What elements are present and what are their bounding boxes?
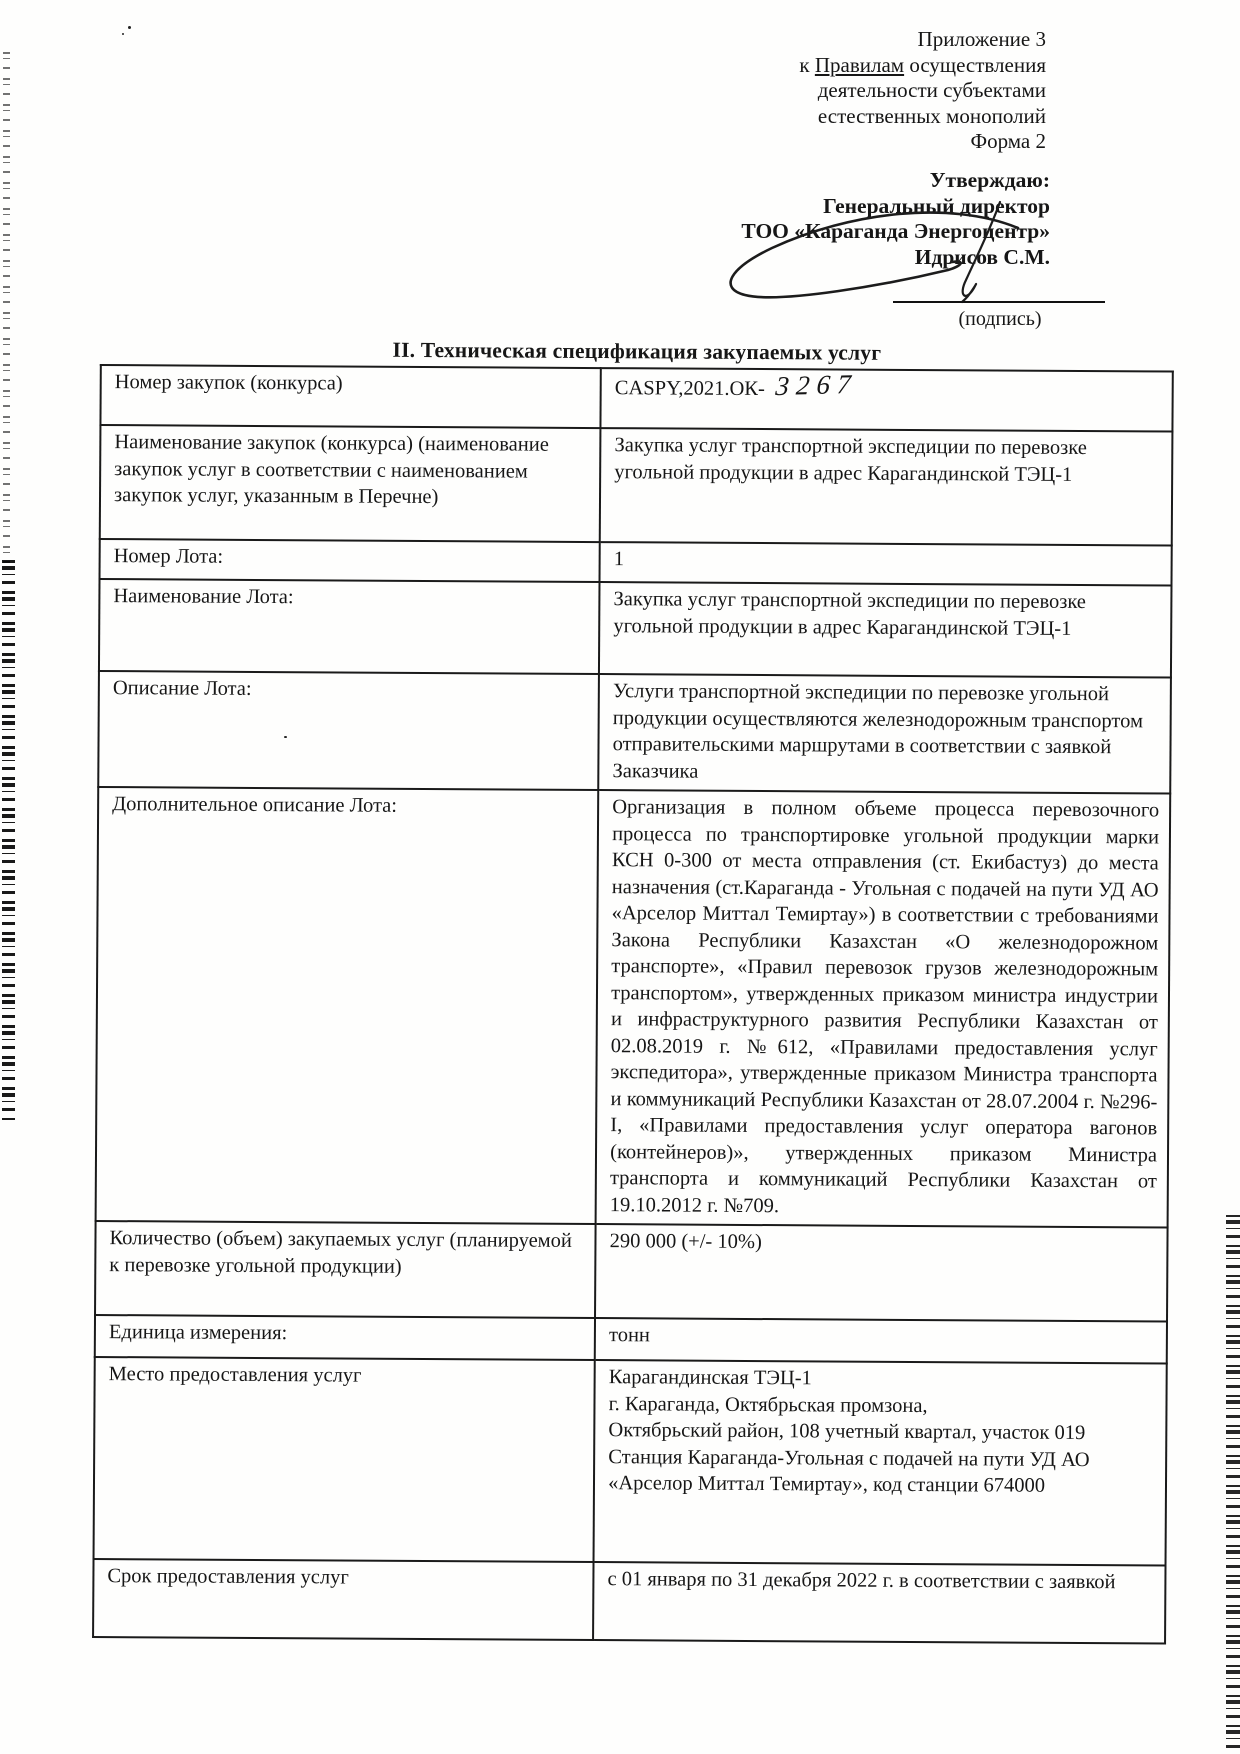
approval-title: Утверждаю:: [741, 168, 1050, 194]
row-label: Номер Лота:: [100, 539, 600, 582]
table-row: Наименование Лота: Закупка услуг транспо…: [99, 579, 1172, 678]
spec-table: Номер закупок (конкурса) CASPY,2021.ОК-3…: [92, 364, 1174, 1645]
row-label: Описание Лота:: [98, 671, 599, 790]
row-value: 1: [600, 542, 1172, 585]
row-label: Место предоставления услуг: [94, 1357, 595, 1562]
row-label: Номер закупок (конкурса): [100, 365, 600, 428]
table-row: Наименование закупок (конкурса) (наимено…: [100, 425, 1173, 546]
row-label: Наименование Лота:: [99, 579, 600, 674]
signature-scribble: [700, 196, 1030, 316]
underlined-word: Правилам: [815, 53, 904, 77]
value-line: г. Караганда, Октябрьская промзона,: [609, 1391, 1156, 1421]
appendix-line: Приложение 3: [799, 27, 1046, 53]
row-value: CASPY,2021.ОК-3267: [601, 368, 1173, 431]
row-value: тонн: [595, 1318, 1167, 1363]
row-value: с 01 января по 31 декабря 2022 г. в соот…: [593, 1562, 1165, 1643]
table-row: Номер закупок (конкурса) CASPY,2021.ОК-3…: [100, 365, 1172, 432]
scan-speck: [128, 26, 131, 29]
row-value: Закупка услуг транспортной экспедиции по…: [600, 428, 1173, 545]
spec-table-wrap: II. Техническая спецификация закупаемых …: [92, 336, 1174, 1645]
row-value: Закупка услуг транспортной экспедиции по…: [599, 582, 1171, 677]
appendix-line: к Правилам осуществления: [799, 53, 1046, 79]
value-line: Карагандинская ТЭЦ-1: [609, 1364, 1156, 1394]
row-value: Услуги транспортной экспедиции по перево…: [598, 674, 1171, 793]
form-number: Форма 2: [799, 129, 1046, 155]
table-row: Номер Лота: 1: [100, 539, 1172, 586]
appendix-header: Приложение 3 к Правилам осуществления де…: [799, 27, 1046, 155]
handwritten-number: 3267: [775, 371, 859, 400]
row-value: Карагандинская ТЭЦ-1 г. Караганда, Октяб…: [594, 1360, 1167, 1565]
scan-speck: [122, 33, 124, 35]
scan-noise-left-top: [3, 52, 10, 572]
row-label: Срок предоставления услуг: [93, 1559, 594, 1640]
scan-noise-left-bottom: [2, 560, 15, 1120]
signature-caption: (подпись): [880, 308, 1120, 331]
table-row: Описание Лота: Услуги транспортной экспе…: [98, 671, 1171, 794]
row-label: Единица измерения:: [95, 1315, 595, 1360]
table-row: Единица измерения: тонн: [95, 1315, 1167, 1364]
row-value: Организация в полном объеме процесса пер…: [596, 790, 1170, 1227]
row-label: Дополнительное описание Лота:: [96, 787, 599, 1224]
appendix-line: естественных монополий: [799, 104, 1046, 130]
row-value: 290 000 (+/- 10%): [595, 1224, 1167, 1321]
row-label: Количество (объем) закупаемых услуг (пла…: [95, 1221, 596, 1318]
signature-line: [893, 301, 1105, 303]
scan-noise-right: [1226, 1215, 1240, 1754]
row-label: Наименование закупок (конкурса) (наимено…: [100, 425, 601, 542]
table-row: Место предоставления услуг Карагандинска…: [94, 1357, 1167, 1566]
appendix-line: деятельности субъектами: [799, 78, 1046, 104]
scanned-document-page: Приложение 3 к Правилам осуществления де…: [0, 0, 1240, 1754]
value-line: Станция Караганда-Угольная с подачей на …: [608, 1444, 1155, 1500]
table-title: II. Техническая спецификация закупаемых …: [100, 336, 1174, 368]
table-row: Количество (объем) закупаемых услуг (пла…: [95, 1221, 1168, 1322]
value-line: Октябрьский район, 108 учетный квартал, …: [608, 1417, 1155, 1447]
table-row: Срок предоставления услуг с 01 января по…: [93, 1559, 1165, 1644]
table-row: Дополнительное описание Лота: Организаци…: [96, 787, 1171, 1228]
